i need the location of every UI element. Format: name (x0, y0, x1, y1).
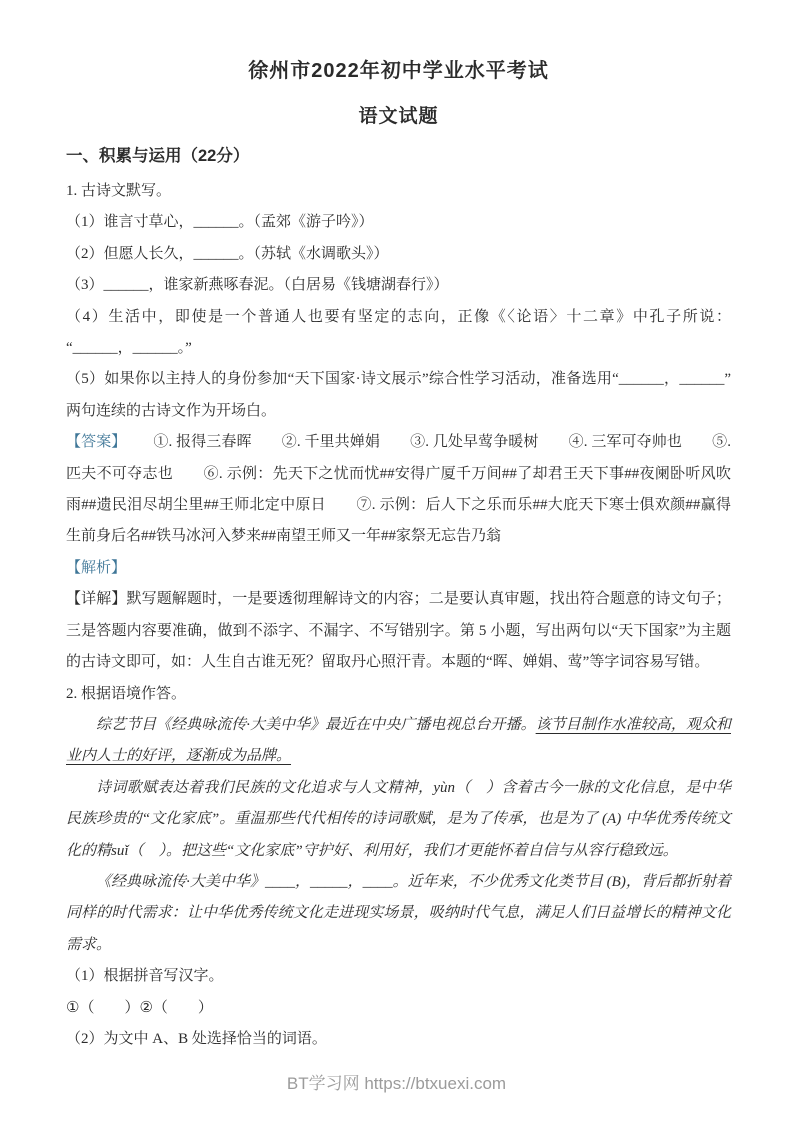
q2-pinyin-blanks: ①（ ）②（ ） (66, 993, 731, 1024)
section-heading: 一、积累与运用（22分） (66, 140, 731, 172)
q1-detail: 【详解】默写题解题时，一是要透彻理解诗文的内容；二是要认真审题，找出符合题意的诗… (66, 584, 731, 678)
q2-passage-1: 综艺节目《经典咏流传·大美中华》最近在中央广播电视总台开播。该节目制作水准较高，… (66, 710, 731, 773)
q1-item-4: （4）生活中，即使是一个普通人也要有坚定的志向，正像《〈论语〉十二章》中孔子所说… (66, 302, 731, 365)
q1-item-2: （2）但愿人长久，______。（苏轼《水调歌头》） (66, 239, 731, 270)
q1-stem: 1. 古诗文默写。 (66, 176, 731, 207)
analysis-tag: 【解析】 (66, 560, 126, 576)
q1-item-3: （3）______，谁家新燕啄春泥。（白居易《钱塘湖春行》） (66, 270, 731, 301)
q2-subquestion-2: （2）为文中 A、B 处选择恰当的词语。 (66, 1024, 731, 1055)
watermark-footer: BT学习网 https://btxuexi.com (0, 1069, 793, 1094)
answer-text: ①. 报得三春晖 ②. 千里共婵娟 ③. 几处早莺争暖树 ④. 三军可夺帅也 ⑤… (66, 434, 731, 544)
exam-title: 徐州市2022年初中学业水平考试 (66, 54, 731, 83)
q1-item-1: （1）谁言寸草心，______。（孟郊《游子吟》） (66, 207, 731, 238)
q2-stem: 2. 根据语境作答。 (66, 679, 731, 710)
q1-analysis-line: 【解析】 (66, 553, 731, 584)
exam-document-page: 徐州市2022年初中学业水平考试 语文试题 一、积累与运用（22分） 1. 古诗… (0, 0, 793, 1055)
q2-passage-2: 诗词歌赋表达着我们民族的文化追求与人文精神，yùn（ ）含着古今一脉的文化信息，… (66, 773, 731, 867)
q2-passage-3: 《经典咏流传·大美中华》____，_____，____。近年来，不少优秀文化类节… (66, 867, 731, 961)
q2-passage-1-normal: 综艺节目《经典咏流传·大美中华》最近在中央广播电视总台开播。 (96, 717, 536, 733)
q1-item-5: （5）如果你以主持人的身份参加“天下国家·诗文展示”综合性学习活动，准备选用“_… (66, 364, 731, 427)
q1-answer-line: 【答案】①. 报得三春晖 ②. 千里共婵娟 ③. 几处早莺争暖树 ④. 三军可夺… (66, 427, 731, 553)
exam-subtitle: 语文试题 (66, 101, 731, 128)
answer-tag: 【答案】 (66, 434, 126, 450)
q2-subquestion-1: （1）根据拼音写汉字。 (66, 961, 731, 992)
